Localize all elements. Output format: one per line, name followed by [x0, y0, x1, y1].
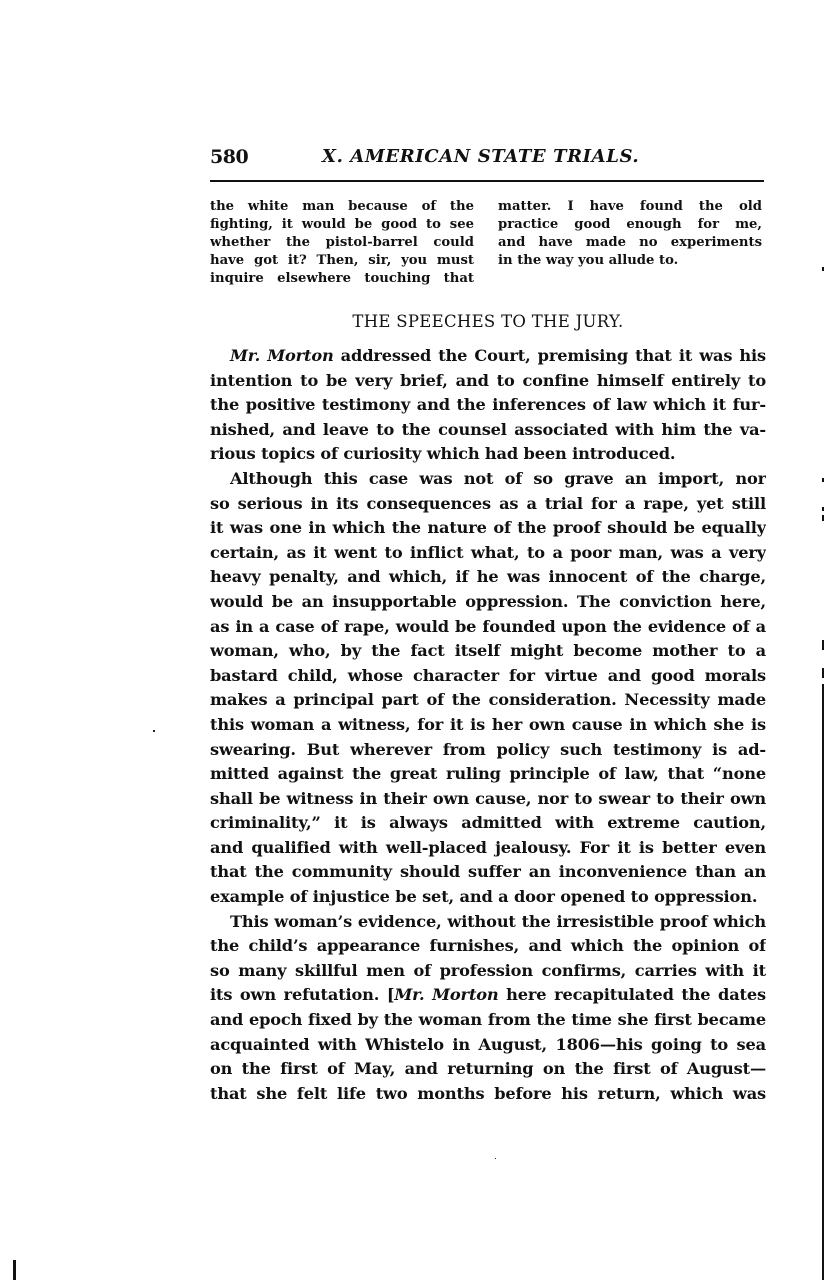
paragraph-3-line: the child’s appearance furnishes, and wh…	[210, 934, 766, 959]
paragraph-2-line: would be an insupportable oppression. Th…	[210, 590, 766, 615]
scan-edge-line	[822, 684, 824, 1280]
scan-artifact	[822, 668, 824, 678]
paragraph-2-line: shall be witness in their own cause, nor…	[210, 787, 766, 812]
scan-artifact	[822, 267, 824, 271]
right-column-line: and have made no experiments	[498, 234, 762, 252]
speaker-name: Mr. Morton	[230, 346, 334, 365]
scan-artifact	[13, 1260, 16, 1280]
scanned-book-page: 580 X. AMERICAN STATE TRIALS. the white …	[0, 0, 836, 1284]
right-column-line: practice good enough for me,	[498, 216, 762, 234]
scan-artifact	[822, 507, 824, 511]
speaker-name: Mr. Morton	[394, 985, 498, 1004]
scan-speck	[495, 1158, 496, 1159]
left-column-line: have got it? Then, sir, you must	[210, 252, 474, 270]
page-number: 580	[210, 146, 248, 168]
paragraph-2-line: mitted against the great ruling principl…	[210, 762, 766, 787]
left-column: the white man because of the fighting, i…	[210, 198, 474, 288]
paragraph-3-line: so many skillful men of profession confi…	[210, 959, 766, 984]
paragraph-3-line: its own refutation. [Mr. Morton here rec…	[210, 983, 766, 1008]
section-heading: THE SPEECHES TO THE JURY.	[210, 312, 766, 331]
paragraph-2-line: this woman a witness, for it is her own …	[210, 713, 766, 738]
scan-artifact	[822, 640, 824, 650]
paragraph-2-line: criminality,” it is always admitted with…	[210, 811, 766, 836]
paragraph-2-line: that the community should suffer an inco…	[210, 860, 766, 885]
paragraph-3-line: acquainted with Whistelo in August, 1806…	[210, 1033, 766, 1058]
paragraph-3-line: and epoch fixed by the woman from the ti…	[210, 1008, 766, 1033]
paragraph-2-line: heavy penalty, and which, if he was inno…	[210, 565, 766, 590]
paragraph-1-line: nished, and leave to the counsel associa…	[210, 418, 766, 443]
paragraph-1-line: Mr. Morton addressed the Court, premisin…	[210, 344, 766, 369]
left-column-line: fighting, it would be good to see	[210, 216, 474, 234]
header-rule	[210, 180, 764, 182]
left-column-line: inquire elsewhere touching that	[210, 270, 474, 288]
body-text: Mr. Morton addressed the Court, premisin…	[210, 344, 766, 1106]
paragraph-2-line: bastard child, whose character for virtu…	[210, 664, 766, 689]
right-column: matter. I have found the old practice go…	[498, 198, 762, 270]
running-title: X. AMERICAN STATE TRIALS.	[322, 146, 639, 167]
paragraph-3-line: This woman’s evidence, without the irres…	[210, 910, 766, 935]
paragraph-2-line: so serious in its consequences as a tria…	[210, 492, 766, 517]
paragraph-2-line: makes a principal part of the considerat…	[210, 688, 766, 713]
right-column-line: matter. I have found the old	[498, 198, 762, 216]
left-column-line: whether the pistol-barrel could	[210, 234, 474, 252]
paragraph-2-line: it was one in which the nature of the pr…	[210, 516, 766, 541]
paragraph-2-line: as in a case of rape, would be founded u…	[210, 615, 766, 640]
paragraph-2-line: woman, who, by the fact itself might bec…	[210, 639, 766, 664]
scan-speck	[153, 730, 155, 732]
right-column-line: in the way you allude to.	[498, 252, 762, 270]
left-column-line: the white man because of the	[210, 198, 474, 216]
paragraph-2-line: Although this case was not of so grave a…	[210, 467, 766, 492]
two-column-excerpt: the white man because of the fighting, i…	[210, 198, 766, 293]
scan-artifact	[822, 515, 824, 521]
paragraph-3-line: that she felt life two months before his…	[210, 1082, 766, 1107]
paragraph-1-line: intention to be very brief, and to confi…	[210, 369, 766, 394]
paragraph-1-line: rious topics of curiosity which had been…	[210, 442, 766, 467]
scan-artifact	[822, 478, 824, 482]
paragraph-2-line: certain, as it went to inflict what, to …	[210, 541, 766, 566]
paragraph-2-line: example of injustice be set, and a door …	[210, 885, 766, 910]
paragraph-1-line: the positive testimony and the inference…	[210, 393, 766, 418]
paragraph-2-line: swearing. But wherever from policy such …	[210, 738, 766, 763]
running-head: 580 X. AMERICAN STATE TRIALS.	[210, 142, 766, 176]
paragraph-3-line: on the first of May, and returning on th…	[210, 1057, 766, 1082]
paragraph-2-line: and qualified with well-placed jealousy.…	[210, 836, 766, 861]
